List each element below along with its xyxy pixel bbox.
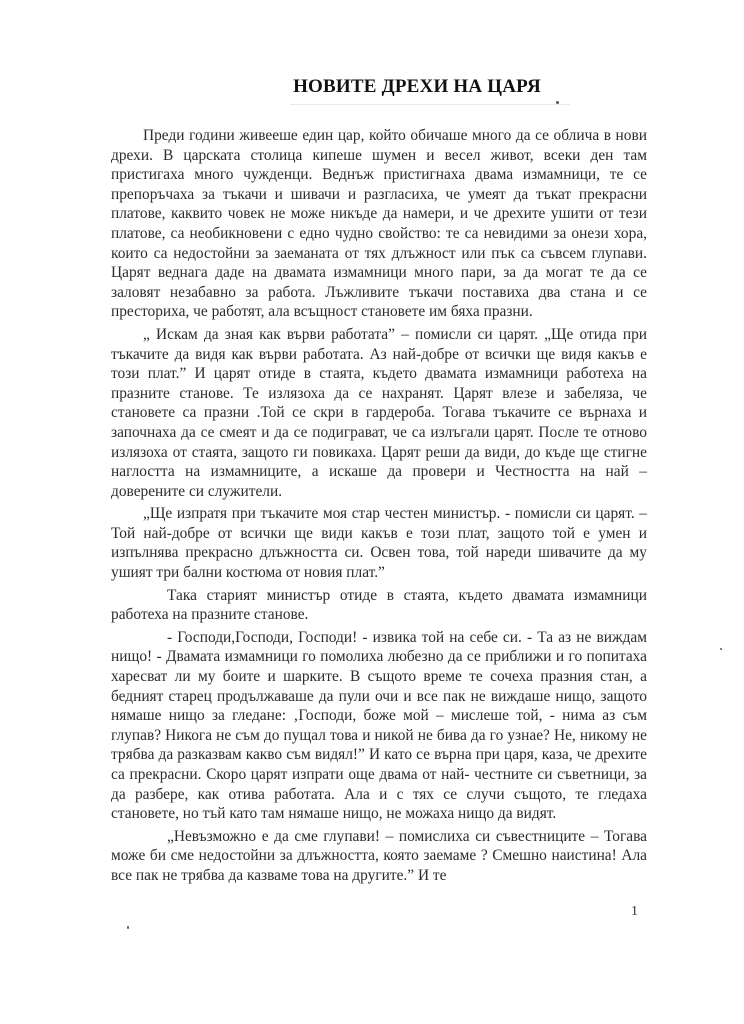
- document-page: НОВИТЕ ДРЕХИ НА ЦАРЯ Преди години живееш…: [0, 0, 744, 1024]
- document-body: Преди години живееше един цар, който оби…: [111, 126, 647, 889]
- scan-speck: [127, 926, 129, 929]
- paragraph: „Невъзможно е да сме глупави! – помислих…: [111, 827, 647, 886]
- paragraph: Така старият министър отиде в стаята, къ…: [111, 586, 647, 625]
- scan-speck: [556, 101, 559, 104]
- paragraph: - Господи,Господи, Господи! - извика той…: [111, 628, 647, 824]
- paragraph: „ Искам да зная как върви работата” – по…: [111, 325, 647, 501]
- document-title: НОВИТЕ ДРЕХИ НА ЦАРЯ: [0, 76, 744, 98]
- paragraph: „Ще изпратя при тъкачите моя стар честен…: [111, 504, 647, 582]
- page-number: 1: [631, 904, 638, 920]
- paragraph: Преди години живееше един цар, който оби…: [111, 126, 647, 322]
- scan-speck: [720, 648, 722, 650]
- scan-artifact-line: [290, 104, 570, 105]
